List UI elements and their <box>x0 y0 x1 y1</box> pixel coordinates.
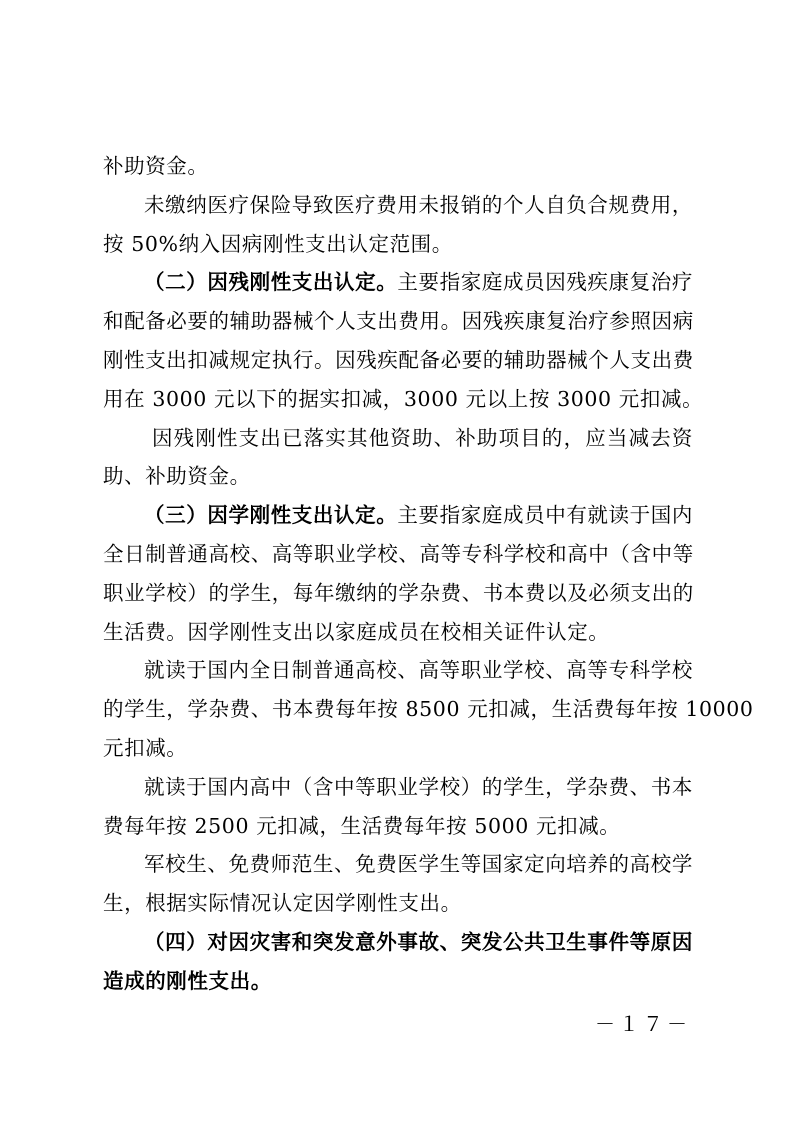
section-heading-disability: （二）因残刚性支出认定。 <box>144 270 397 294</box>
paragraph-line: 助、补助资金。 <box>103 457 693 496</box>
paragraph-line: 就读于国内全日制普通高校、高等职业学校、高等专科学校 <box>103 651 693 690</box>
paragraph-line: 刚性支出扣减规定执行。因残疾配备必要的辅助器械个人支出费 <box>103 341 693 380</box>
section-heading-line: （二）因残刚性支出认定。主要指家庭成员因残疾康复治疗 <box>103 263 693 302</box>
paragraph-line: 的学生，学杂费、书本费每年按 8500 元扣减，生活费每年按 10000 <box>103 690 693 729</box>
paragraph-line: 未缴纳医疗保险导致医疗费用未报销的个人自负合规费用， <box>103 186 693 225</box>
paragraph-line: 因残刚性支出已落实其他资助、补助项目的，应当减去资 <box>103 419 693 458</box>
page-number: －１７－ <box>595 1008 691 1037</box>
paragraph-line: 就读于国内高中（含中等职业学校）的学生，学杂费、书本 <box>103 768 693 807</box>
paragraph-line: 和配备必要的辅助器械个人支出费用。因残疾康复治疗参照因病 <box>103 302 693 341</box>
paragraph-line: 军校生、免费师范生、免费医学生等国家定向培养的高校学 <box>103 845 693 884</box>
section-heading-education: （三）因学刚性支出认定。 <box>144 503 397 527</box>
paragraph-line: 费每年按 2500 元扣减，生活费每年按 5000 元扣减。 <box>103 807 693 846</box>
paragraph-line: 生，根据实际情况认定因学刚性支出。 <box>103 884 693 923</box>
paragraph-line: 元扣减。 <box>103 729 693 768</box>
section-heading-disaster: （四）对因灾害和突发意外事故、突发公共卫生事件等原因 <box>103 923 693 962</box>
paragraph-line: 用在 3000 元以下的据实扣减，3000 元以上按 3000 元扣减。 <box>103 380 693 419</box>
paragraph-text: 主要指家庭成员中有就读于国内 <box>397 503 693 527</box>
paragraph-line: 职业学校）的学生，每年缴纳的学杂费、书本费以及必须支出的 <box>103 574 693 613</box>
paragraph-line: 生活费。因学刚性支出以家庭成员在校相关证件认定。 <box>103 613 693 652</box>
paragraph-line: 按 50%纳入因病刚性支出认定范围。 <box>103 225 693 264</box>
paragraph-line: 全日制普通高校、高等职业学校、高等专科学校和高中（含中等 <box>103 535 693 574</box>
paragraph-text: 主要指家庭成员因残疾康复治疗 <box>397 270 693 294</box>
document-body: 补助资金。 未缴纳医疗保险导致医疗费用未报销的个人自负合规费用， 按 50%纳入… <box>103 147 693 1001</box>
section-heading-disaster-cont: 造成的刚性支出。 <box>103 962 693 1001</box>
paragraph-line: 补助资金。 <box>103 147 693 186</box>
section-heading-line: （三）因学刚性支出认定。主要指家庭成员中有就读于国内 <box>103 496 693 535</box>
